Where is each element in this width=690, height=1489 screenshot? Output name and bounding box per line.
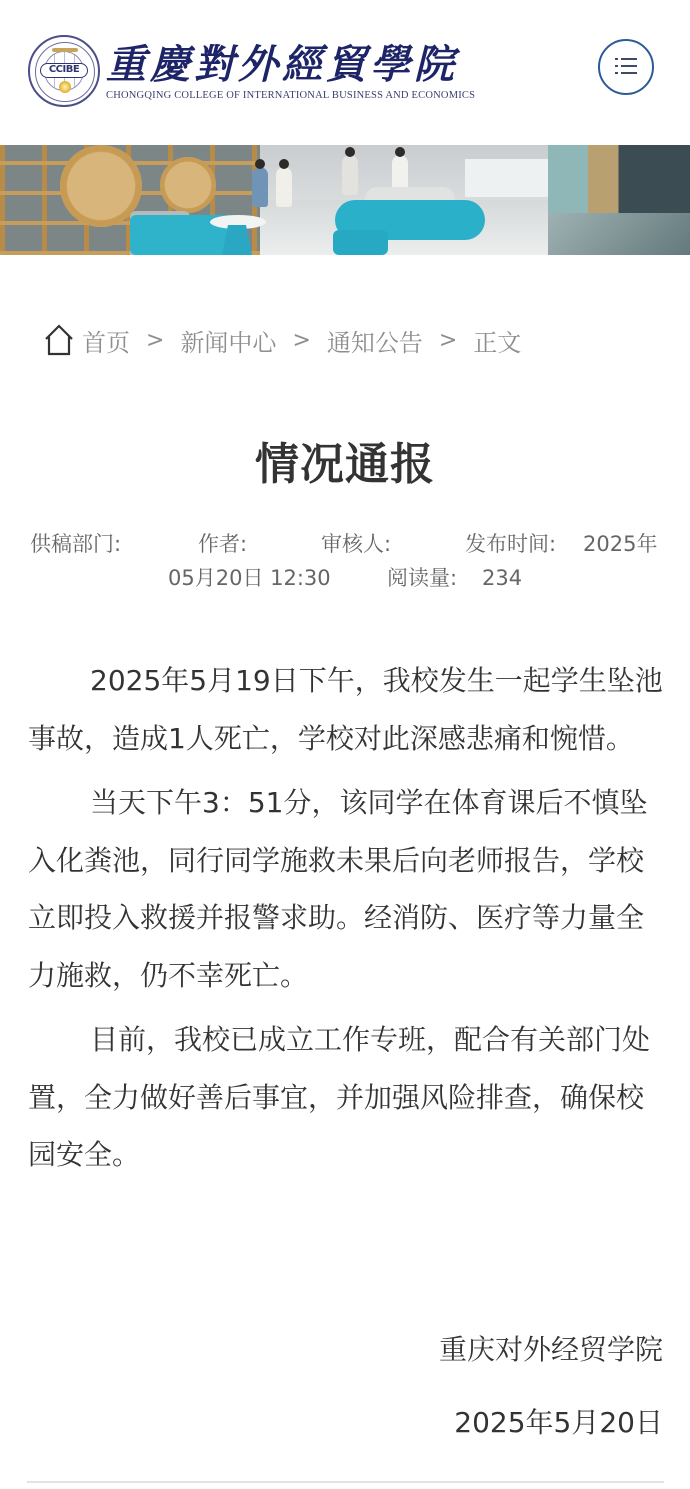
- article-title: 情况通报: [0, 428, 690, 492]
- breadcrumb-announcements[interactable]: 通知公告: [327, 323, 423, 358]
- paragraph-3: 目前，我校已成立工作专班，配合有关部门处置，全力做好善后事宜，并加强风险排查，确…: [28, 1011, 668, 1184]
- college-emblem-icon: CCIBE: [28, 35, 100, 107]
- menu-button[interactable]: [598, 39, 654, 95]
- breadcrumb-news-center[interactable]: 新闻中心: [180, 323, 276, 358]
- breadcrumb-home[interactable]: 首页: [82, 323, 130, 358]
- home-icon[interactable]: [44, 324, 74, 356]
- reviewer-label: 审核人:: [321, 527, 391, 561]
- logo-text: 重慶對外經貿學院 CHONGQING COLLEGE OF INTERNATIO…: [106, 42, 475, 101]
- logo-chinese-name: 重慶對外經貿學院: [106, 42, 475, 88]
- publish-time-year: 2025年: [583, 527, 657, 561]
- breadcrumb: 首页 > 新闻中心 > 通知公告 > 正文: [44, 322, 521, 358]
- breadcrumb-separator: >: [439, 328, 457, 353]
- emblem-abbr: CCIBE: [40, 63, 88, 78]
- department-label: 供稿部门:: [30, 527, 121, 561]
- emblem-star: [59, 81, 71, 93]
- article-meta: 供稿部门: 作者: 审核人: 发布时间: 2025年 05月20日 12:30 …: [30, 527, 670, 595]
- views-label: 阅读量:: [387, 561, 457, 595]
- logo-english-name: CHONGQING COLLEGE OF INTERNATIONAL BUSIN…: [106, 90, 475, 101]
- footer-divider: [27, 1481, 664, 1483]
- banner-image: [0, 145, 690, 255]
- breadcrumb-separator: >: [146, 328, 164, 353]
- publish-time-date: 05月20日 12:30: [168, 561, 331, 595]
- emblem-bar: [52, 48, 78, 52]
- breadcrumb-separator: >: [292, 328, 310, 353]
- college-logo[interactable]: CCIBE 重慶對外經貿學院 CHONGQING COLLEGE OF INTE…: [28, 35, 475, 107]
- breadcrumb-current: 正文: [473, 323, 521, 358]
- article-body: 2025年5月19日下午，我校发生一起学生坠池事故，造成1人死亡，学校对此深感悲…: [28, 652, 668, 1191]
- paragraph-2: 当天下午3：51分，该同学在体育课后不慎坠入化粪池，同行同学施救未果后向老师报告…: [28, 774, 668, 1004]
- views-count: 234: [482, 561, 522, 595]
- paragraph-1: 2025年5月19日下午，我校发生一起学生坠池事故，造成1人死亡，学校对此深感悲…: [28, 652, 668, 767]
- signature-date: 2025年5月20日: [454, 1401, 663, 1441]
- publish-time-label: 发布时间:: [465, 527, 556, 561]
- signature-organization: 重庆对外经贸学院: [439, 1328, 663, 1368]
- author-label: 作者:: [198, 527, 247, 561]
- site-header: CCIBE 重慶對外經貿學院 CHONGQING COLLEGE OF INTE…: [0, 0, 690, 145]
